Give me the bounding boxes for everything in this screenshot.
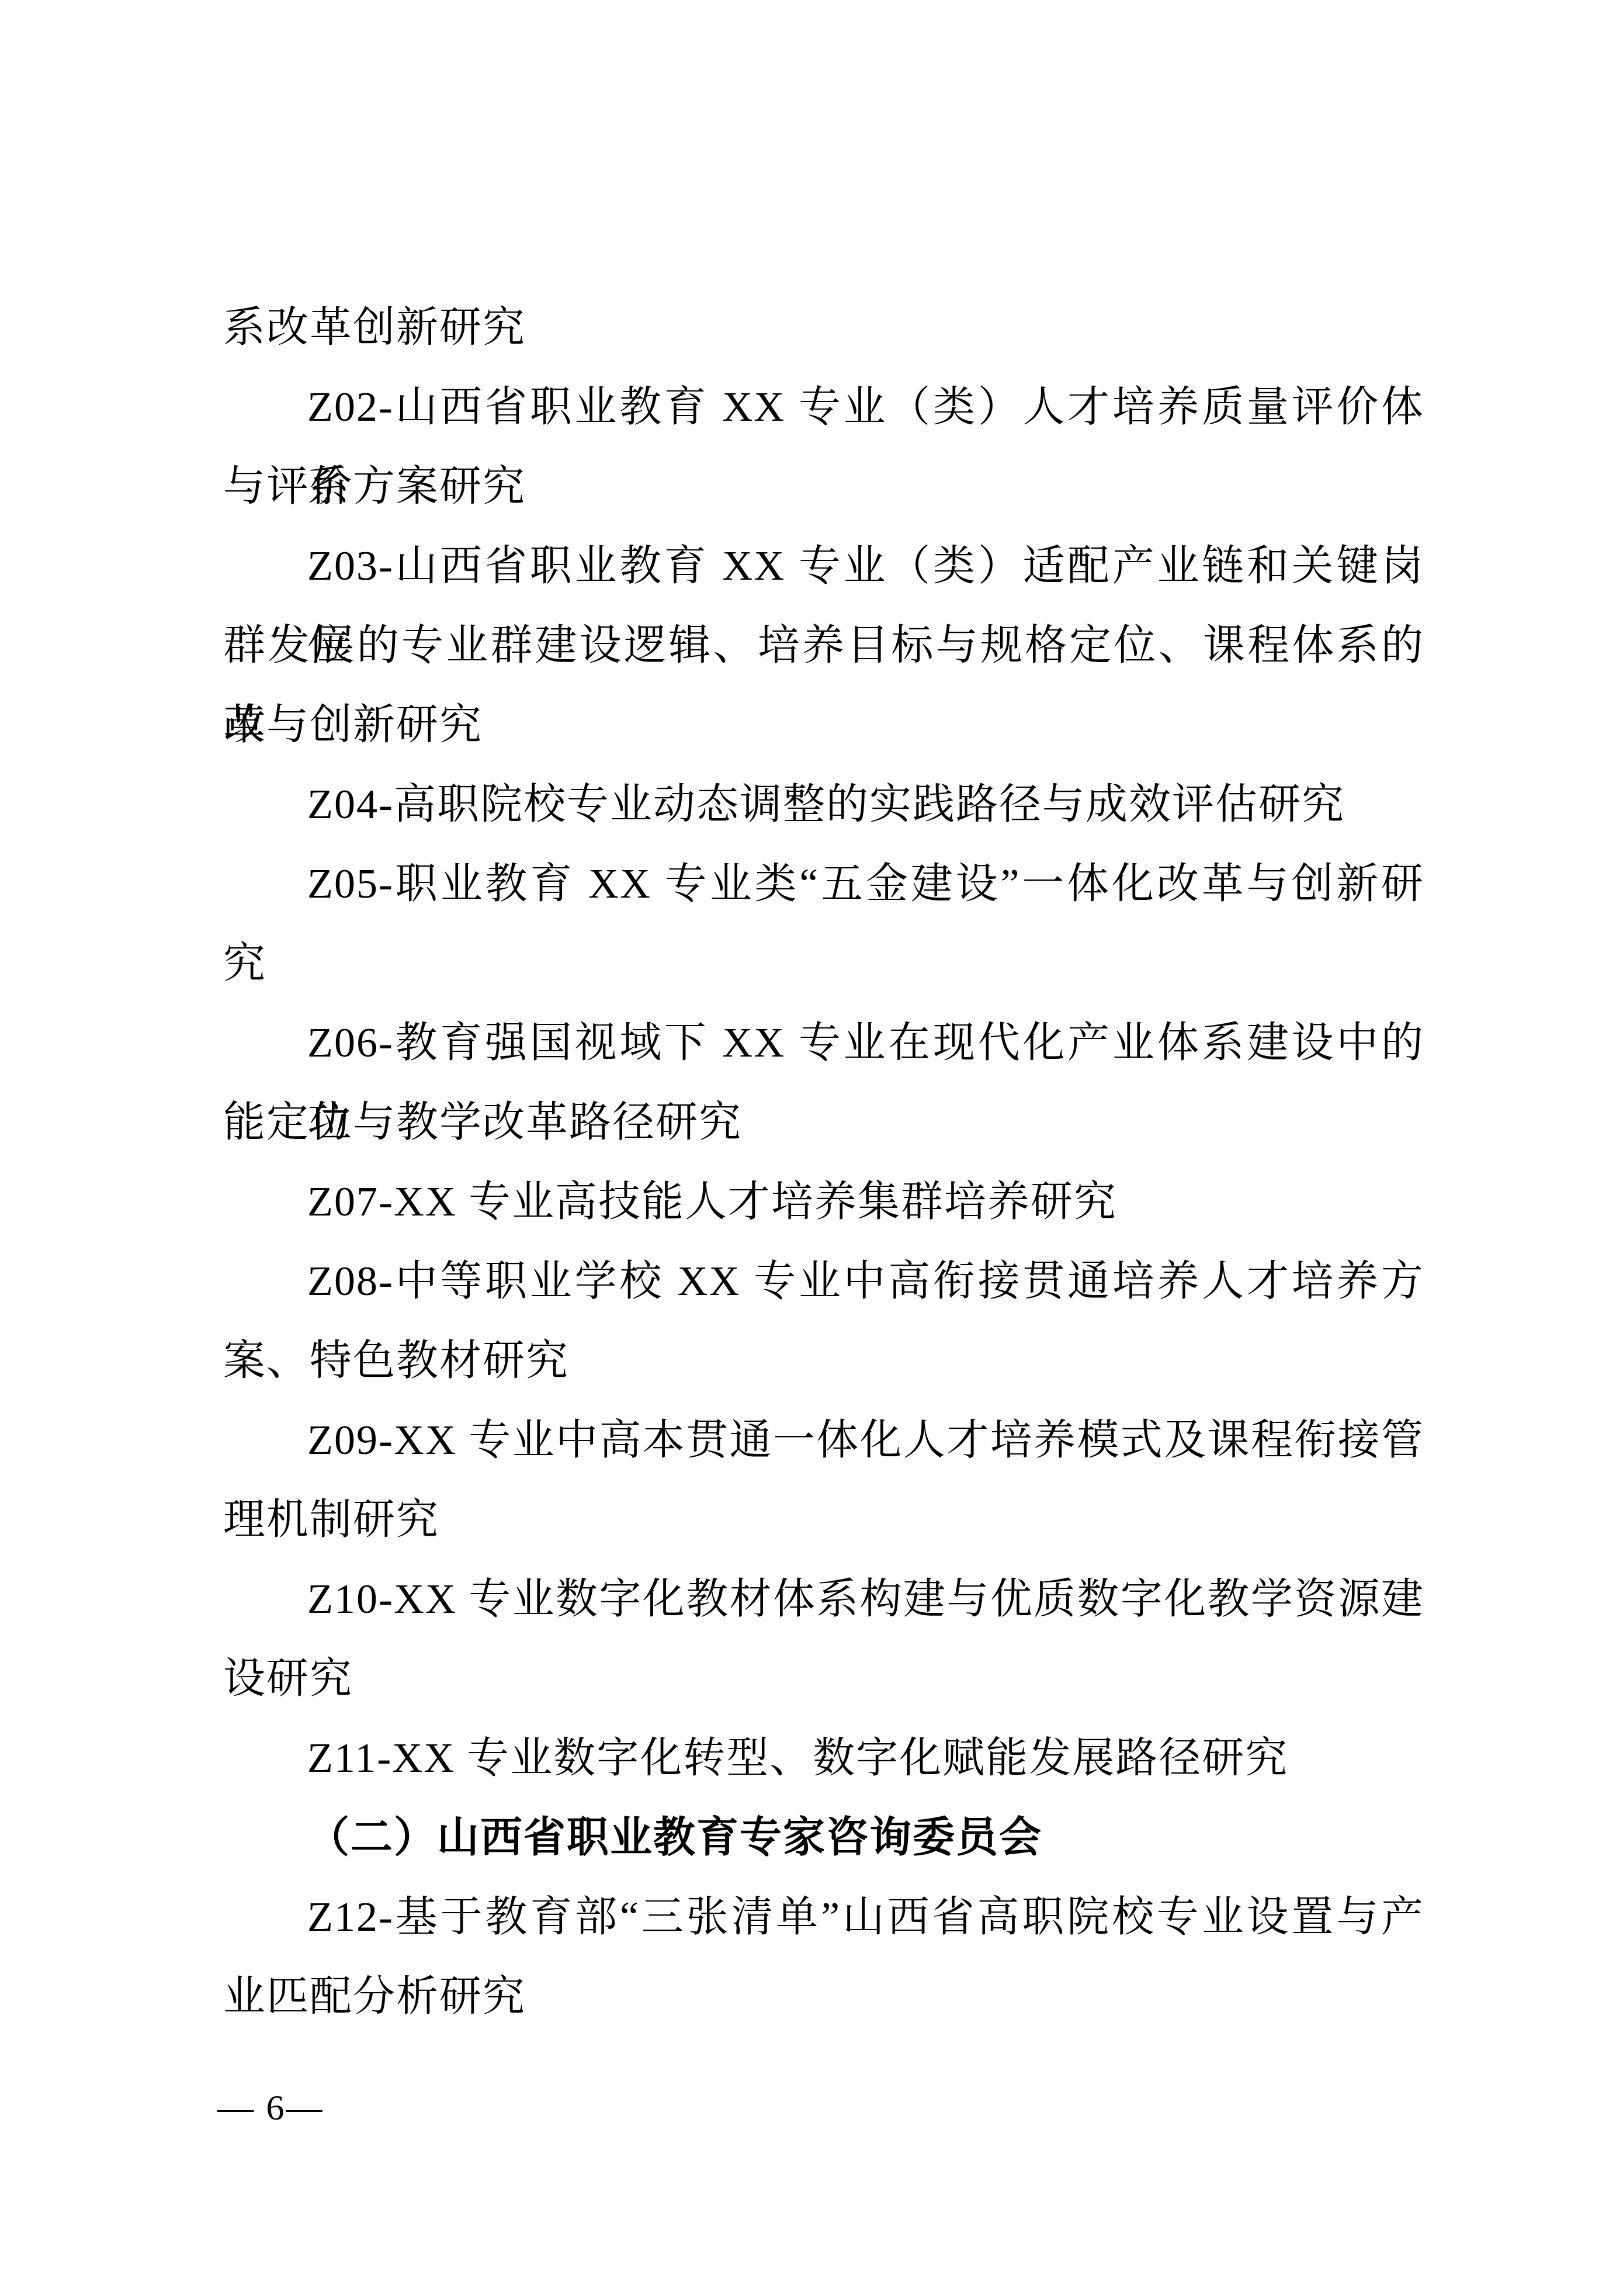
document-line: Z09-XX 专业中高本贯通一体化人才培养模式及课程衔接管 [223, 1400, 1424, 1480]
document-line: 案、特色教材研究 [223, 1321, 1424, 1400]
document-line: Z08-中等职业学校 XX 专业中高衔接贯通培养人才培养方 [223, 1241, 1424, 1321]
document-line: Z11-XX 专业数字化转型、数字化赋能发展路径研究 [223, 1718, 1424, 1798]
document-line: Z04-高职院校专业动态调整的实践路径与成效评估研究 [223, 764, 1424, 844]
document-line: Z05-职业教育 XX 专业类“五金建设”一体化改革与创新研 [223, 844, 1424, 923]
document-line: 群发展的专业群建设逻辑、培养目标与规格定位、课程体系的改 [223, 605, 1424, 685]
document-line: 能定位与教学改革路径研究 [223, 1082, 1424, 1162]
document-line: 与评价方案研究 [223, 446, 1424, 526]
document-line: Z10-XX 专业数字化教材体系构建与优质数字化教学资源建 [223, 1559, 1424, 1639]
document-line: Z07-XX 专业高技能人才培养集群培养研究 [223, 1162, 1424, 1241]
document-line: 业匹配分析研究 [223, 1956, 1424, 2036]
document-line: 革与创新研究 [223, 685, 1424, 764]
document-line: Z03-山西省职业教育 XX 专业（类）适配产业链和关键岗位 [223, 526, 1424, 605]
document-line: 设研究 [223, 1639, 1424, 1718]
document-body: 系改革创新研究Z02-山西省职业教育 XX 专业（类）人才培养质量评价体系与评价… [223, 288, 1424, 2036]
document-line: Z02-山西省职业教育 XX 专业（类）人才培养质量评价体系 [223, 367, 1424, 446]
document-line: （二）山西省职业教育专家咨询委员会 [223, 1798, 1424, 1877]
document-line: Z12-基于教育部“三张清单”山西省高职院校专业设置与产 [223, 1877, 1424, 1956]
document-line: 理机制研究 [223, 1480, 1424, 1559]
document-line: 究 [223, 923, 1424, 1003]
document-line: Z06-教育强国视域下 XX 专业在现代化产业体系建设中的功 [223, 1003, 1424, 1082]
page-number: — 6— [217, 2076, 324, 2140]
document-line: 系改革创新研究 [223, 288, 1424, 367]
document-page: 系改革创新研究Z02-山西省职业教育 XX 专业（类）人才培养质量评价体系与评价… [0, 0, 1623, 2296]
